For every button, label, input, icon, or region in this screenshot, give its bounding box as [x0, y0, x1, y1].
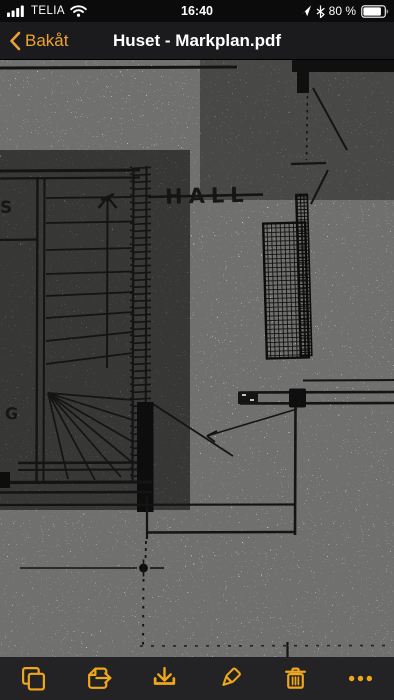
chevron-left-icon — [9, 31, 21, 51]
floor-plan-drawing: HALL S G — [0, 60, 394, 657]
trash-icon — [282, 665, 309, 692]
download-icon — [151, 665, 178, 692]
location-arrow-icon — [300, 5, 312, 17]
back-button[interactable]: Bakåt — [0, 30, 74, 52]
export-icon — [85, 665, 112, 692]
copy-button[interactable] — [20, 665, 47, 692]
delete-button[interactable] — [282, 665, 309, 692]
ellipsis-icon — [347, 665, 374, 692]
copy-icon — [20, 665, 47, 692]
nav-bar: Bakåt Huset - Markplan.pdf — [0, 22, 394, 60]
download-button[interactable] — [151, 665, 178, 692]
more-button[interactable] — [347, 665, 374, 692]
battery-percent-label: 80 % — [329, 4, 356, 18]
document-title: Huset - Markplan.pdf — [113, 31, 281, 51]
bottom-toolbar — [0, 657, 394, 700]
wifi-icon — [70, 5, 87, 17]
pdf-page[interactable]: HALL S G — [0, 60, 394, 657]
bluetooth-icon — [316, 5, 325, 18]
marker-icon — [216, 665, 243, 692]
scan-noise-dense — [0, 150, 190, 510]
back-label: Bakåt — [25, 31, 68, 51]
carrier-label: TELIA — [31, 5, 65, 17]
export-button[interactable] — [85, 665, 112, 692]
battery-icon — [361, 5, 389, 18]
edge-letter-upper: S — [0, 198, 12, 218]
edge-letter-lower: G — [4, 404, 18, 424]
markup-button[interactable] — [216, 665, 243, 692]
pdf-viewer-app: TELIA 16:40 80 % — [0, 0, 394, 700]
status-bar: TELIA 16:40 80 % — [0, 0, 394, 22]
signal-bars-icon — [7, 5, 26, 17]
solid-wall — [137, 402, 154, 512]
